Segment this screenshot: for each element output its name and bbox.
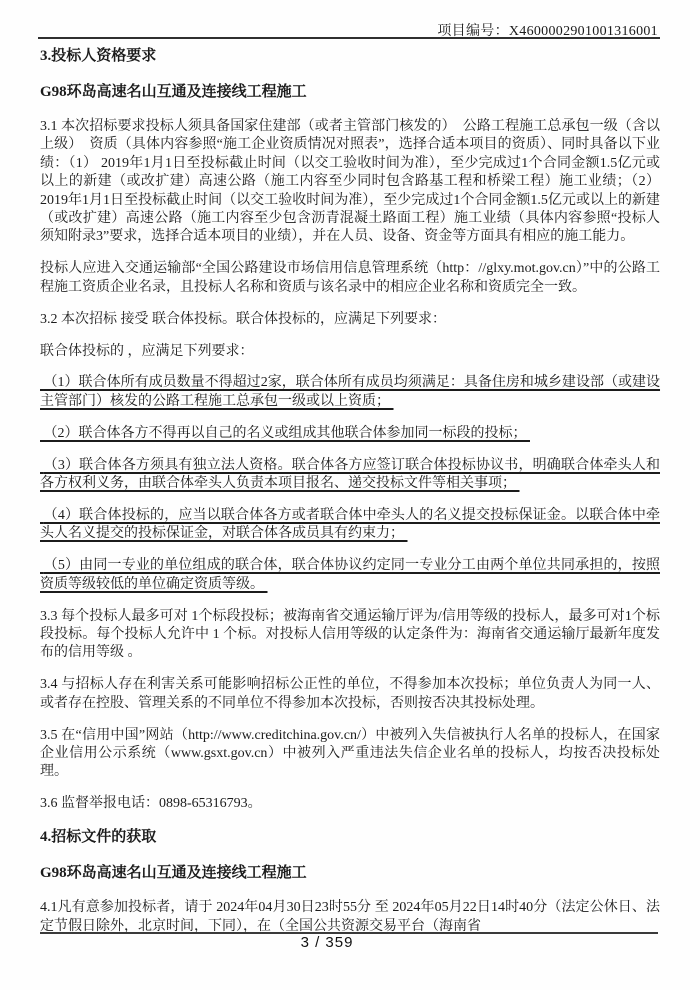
jv-requirements-intro: 联合体投标的 ，应满足下列要求： bbox=[40, 343, 660, 361]
jv-item-1: （1）联合体所有成员数量不得超过2家，联合体所有成员均须满足：具备住房和城乡建设… bbox=[40, 374, 660, 411]
section-3-project-title: G98环岛高速名山互通及连接线工程施工 bbox=[40, 82, 660, 102]
jv-item-4: （4）联合体投标的，应当以联合体各方或者联合体中牵头人的名义提交投标保证金。以联… bbox=[40, 507, 660, 544]
jv-item-2: （2）联合体各方不得再以自己的名义或组成其他联合体参加同一标段的投标； bbox=[40, 425, 660, 443]
page-number: 3 / 359 bbox=[0, 934, 654, 951]
section-3-heading: 3.投标人资格要求 bbox=[40, 46, 660, 66]
document-body: 3.投标人资格要求 G98环岛高速名山互通及连接线工程施工 3.1 本次招标要求… bbox=[40, 46, 660, 950]
clause-3-4: 3.4 与招标人存在利害关系可能影响招标公正性的单位，不得参加本次投标；单位负责… bbox=[40, 676, 660, 713]
jv-item-3: （3）联合体各方须具有独立法人资格。联合体各方应签订联合体投标协议书，明确联合体… bbox=[40, 457, 660, 494]
document-page: 项目编号：X4600002901001316001 3.投标人资格要求 G98环… bbox=[0, 0, 700, 990]
clause-3-6: 3.6 监督举报电话：0898-65316793。 bbox=[40, 795, 660, 813]
clause-3-3: 3.3 每个投标人最多可对 1个标段投标；被海南省交通运输厅评为/信用等级的投标… bbox=[40, 608, 660, 663]
header-rule bbox=[38, 37, 660, 39]
jv-item-5: （5）由同一专业的单位组成的联合体，联合体协议约定同一专业分工由两个单位共同承担… bbox=[40, 557, 660, 594]
credit-system-paragraph: 投标人应进入交通运输部“全国公路建设市场信用信息管理系统（http：//glxy… bbox=[40, 260, 660, 297]
clause-3-1: 3.1 本次招标要求投标人须具备国家住建部（或者主管部门核发的） 公路工程施工总… bbox=[40, 118, 660, 247]
clause-3-2: 3.2 本次招标 接受 联合体投标。联合体投标的，应满足下列要求： bbox=[40, 311, 660, 329]
section-4-heading: 4.招标文件的获取 bbox=[40, 827, 660, 847]
clause-3-5: 3.5 在“信用中国”网站（http://www.creditchina.gov… bbox=[40, 727, 660, 782]
clause-4-1: 4.1凡有意参加投标者，请于 2024年04月30日23时55分 至 2024年… bbox=[40, 899, 660, 936]
section-4-project-title: G98环岛高速名山互通及连接线工程施工 bbox=[40, 863, 660, 883]
